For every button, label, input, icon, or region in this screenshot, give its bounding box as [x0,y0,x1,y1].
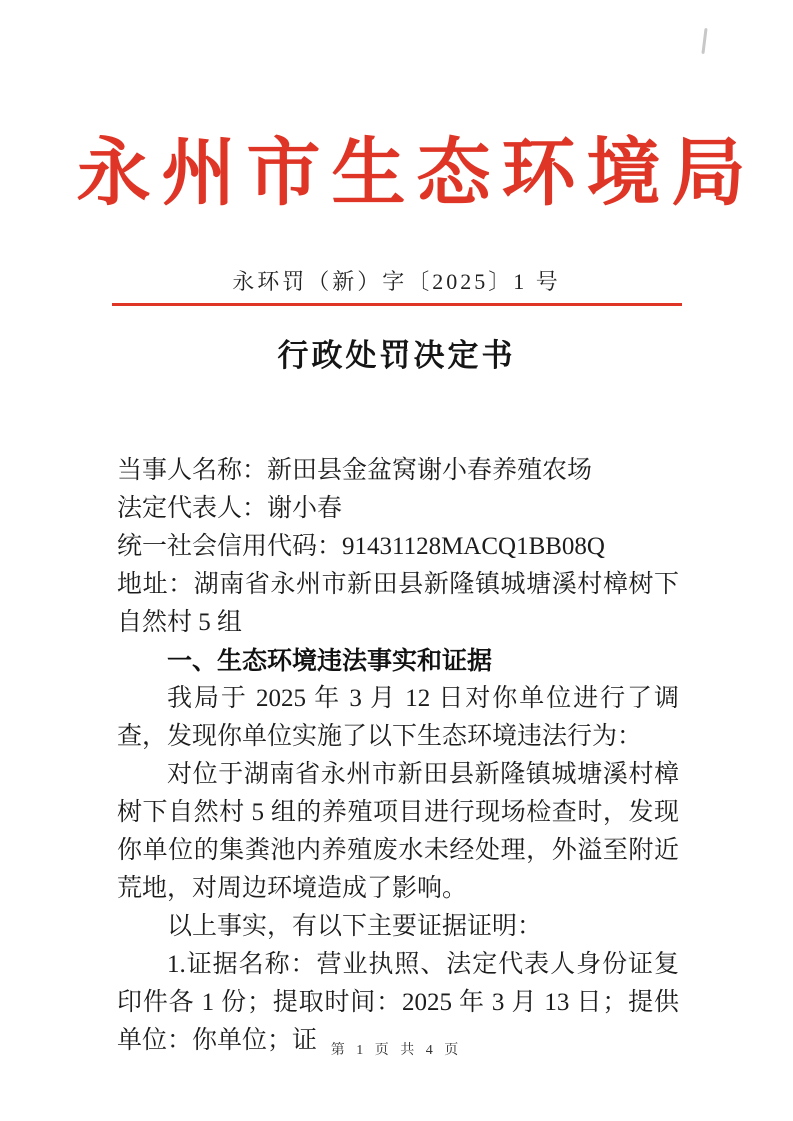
legal-representative-line: 法定代表人：谢小春 [117,490,679,528]
document-body: 当事人名称：新田县金盆窝谢小春养殖农场 法定代表人：谢小春 统一社会信用代码：9… [117,452,679,1060]
section-heading-facts-evidence: 一、生态环境违法事实和证据 [117,642,679,680]
credit-code-line: 统一社会信用代码：91431128MACQ1BB08Q [117,528,679,566]
party-name-line: 当事人名称：新田县金盆窝谢小春养殖农场 [117,452,679,490]
paragraph-evidence-intro: 以上事实，有以下主要证据证明： [117,908,679,946]
address-line: 地址：湖南省永州市新田县新隆镇城塘溪村樟树下自然村 5 组 [117,566,679,642]
paragraph-investigation: 我局于 2025 年 3 月 12 日对你单位进行了调查，发现你单位实施了以下生… [117,680,679,756]
document-number: 永环罚（新）字〔2025〕1 号 [0,265,793,296]
paragraph-violation-findings: 对位于湖南省永州市新田县新隆镇城塘溪村樟树下自然村 5 组的养殖项目进行现场检查… [117,756,679,908]
penalty-decision-page: 永州市生态环境局 永环罚（新）字〔2025〕1 号 行政处罚决定书 当事人名称：… [0,0,793,1121]
agency-letterhead: 永州市生态环境局 [77,0,717,217]
document-title: 行政处罚决定书 [0,330,793,375]
page-number-indicator: 第 1 页 共 4 页 [0,1039,793,1059]
letterhead-divider-rule [112,303,682,306]
